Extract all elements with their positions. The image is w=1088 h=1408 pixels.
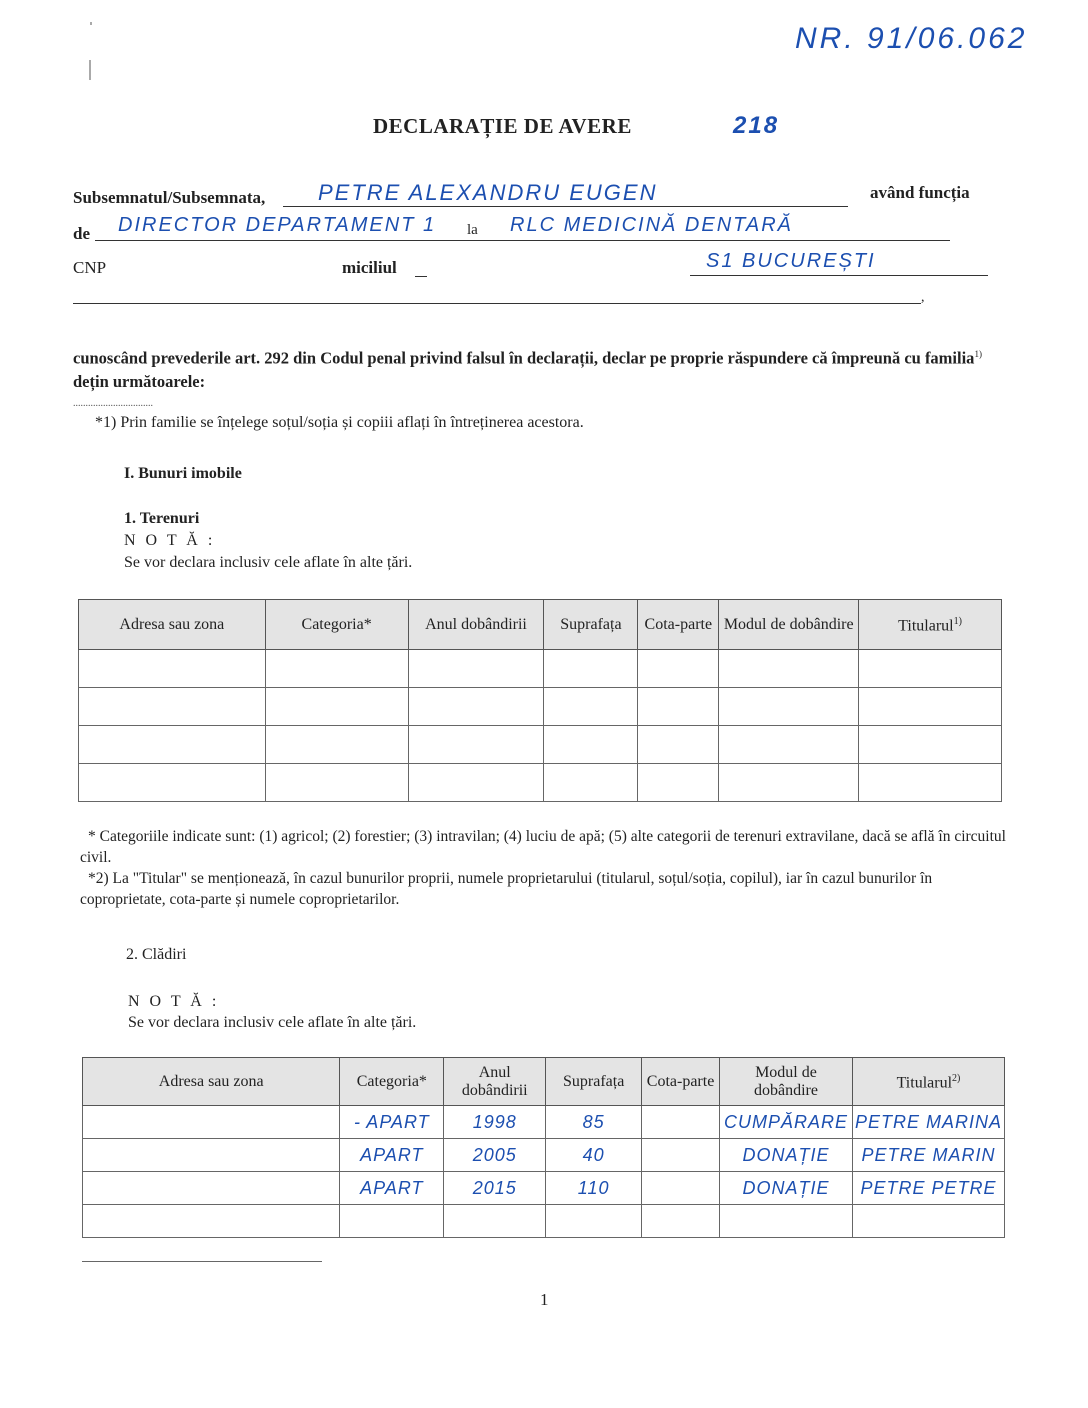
category-note: * Categoriile indicate sunt: (1) agricol… <box>80 826 1010 868</box>
table-cell[interactable] <box>265 688 408 726</box>
col-header: Suprafața <box>544 600 638 650</box>
nota-text-1: Se vor declara inclusiv cele aflate în a… <box>124 554 412 572</box>
document-title: DECLARAȚIE DE AVERE <box>373 114 632 139</box>
footnote-1: *1) Prin familie se înțelege soțul/soția… <box>95 414 584 432</box>
table-cell[interactable]: 110 <box>546 1172 642 1205</box>
table-cell[interactable] <box>642 1139 720 1172</box>
comma-mark: , <box>921 290 925 306</box>
cladiri-table: Adresa sau zona Categoria* Anul dobândir… <box>82 1057 1005 1238</box>
table-row: - APART199885CUMPĂRAREPETRE MARINA <box>83 1106 1005 1139</box>
table-cell[interactable] <box>83 1172 340 1205</box>
table-cell[interactable] <box>544 650 638 688</box>
table-cell[interactable]: APART <box>340 1172 444 1205</box>
col-header: Adresa sau zona <box>83 1058 340 1106</box>
page-number: 1 <box>540 1290 549 1310</box>
function-field[interactable]: DIRECTOR DEPARTAMENT 1 <box>118 214 436 237</box>
table-cell[interactable] <box>408 764 544 802</box>
domiciliu-field-line <box>690 275 988 276</box>
table-cell[interactable] <box>408 726 544 764</box>
name-field-line <box>283 206 848 207</box>
terenuri-table: Adresa sau zona Categoria* Anul dobândir… <box>78 599 1002 802</box>
table-cell[interactable] <box>719 1205 852 1238</box>
table-cell[interactable]: DONAȚIE <box>719 1172 852 1205</box>
table-cell[interactable] <box>859 688 1002 726</box>
col-header: Modul de dobândire <box>719 600 859 650</box>
titular-sup: 2) <box>952 1073 960 1084</box>
table-cell[interactable] <box>859 764 1002 802</box>
table-cell[interactable] <box>719 726 859 764</box>
col-header: Anul dobândirii <box>408 600 544 650</box>
footnote-ref: 1) <box>974 349 982 359</box>
subsection-cladiri: 2. Clădiri <box>126 946 186 964</box>
table-cell[interactable]: CUMPĂRARE <box>719 1106 852 1139</box>
table-cell[interactable] <box>79 726 266 764</box>
table-row <box>79 688 1002 726</box>
table-cell[interactable] <box>638 688 719 726</box>
table-cell[interactable] <box>638 764 719 802</box>
col-header: Categoria* <box>265 600 408 650</box>
table-cell[interactable] <box>859 650 1002 688</box>
table-cell[interactable] <box>852 1205 1004 1238</box>
institution-field[interactable]: RLC MEDICINĂ DENTARĂ <box>510 214 793 237</box>
table-row <box>79 726 1002 764</box>
handwritten-title-number: 218 <box>733 112 779 140</box>
table-cell[interactable] <box>642 1172 720 1205</box>
table-cell[interactable]: DONAȚIE <box>719 1139 852 1172</box>
table-cell[interactable]: PETRE PETRE <box>852 1172 1004 1205</box>
table-cell[interactable] <box>719 688 859 726</box>
table-cell[interactable] <box>719 650 859 688</box>
nota-label-2: N O T Ă : <box>128 993 219 1011</box>
subsection-terenuri: 1. Terenuri <box>124 510 199 528</box>
table-cell[interactable]: PETRE MARINA <box>852 1106 1004 1139</box>
table-cell[interactable] <box>408 650 544 688</box>
table-cell[interactable] <box>79 764 266 802</box>
table-cell[interactable] <box>408 688 544 726</box>
col-header: Suprafața <box>546 1058 642 1106</box>
nota-label-1: N O T Ă : <box>124 532 215 550</box>
table-cell[interactable]: APART <box>340 1139 444 1172</box>
table-cell[interactable] <box>340 1205 444 1238</box>
domiciliu-field[interactable]: S1 BUCUREȘTI <box>706 250 876 273</box>
domiciliu-short-line <box>415 276 427 277</box>
table-cell[interactable] <box>83 1139 340 1172</box>
titular-note: *2) La "Titular" se menționează, în cazu… <box>80 868 1010 910</box>
table-cell[interactable] <box>546 1205 642 1238</box>
function-field-line <box>95 240 950 241</box>
titular-label: Titularul <box>898 618 953 635</box>
table-cell[interactable]: 2005 <box>444 1139 546 1172</box>
de-label: de <box>73 224 90 244</box>
table-row <box>83 1205 1005 1238</box>
address-continuation-line <box>73 303 921 304</box>
col-header-titular: Titularul1) <box>859 600 1002 650</box>
name-label: Subsemnatul/Subsemnata, <box>73 188 265 208</box>
declaration-paragraph: cunoscând prevederile art. 292 din Codul… <box>73 343 983 393</box>
function-label: având funcția <box>870 183 970 203</box>
table-cell[interactable] <box>265 650 408 688</box>
table-cell[interactable] <box>642 1106 720 1139</box>
col-header-titular: Titularul2) <box>852 1058 1004 1106</box>
table-cell[interactable] <box>79 650 266 688</box>
table-cell[interactable] <box>444 1205 546 1238</box>
footnote-separator: ................................ <box>73 398 153 409</box>
registration-number: NR. 91/06.062 <box>795 22 1027 56</box>
declaration-text-end: dețin următoarele: <box>73 372 205 391</box>
table-cell[interactable] <box>544 764 638 802</box>
table-cell[interactable] <box>83 1205 340 1238</box>
name-field[interactable]: PETRE ALEXANDRU EUGEN <box>318 180 657 206</box>
category-notes: * Categoriile indicate sunt: (1) agricol… <box>80 826 1010 910</box>
table-cell[interactable] <box>638 726 719 764</box>
col-header: Adresa sau zona <box>79 600 266 650</box>
table-cell[interactable]: 2015 <box>444 1172 546 1205</box>
nota-text-2: Se vor declara inclusiv cele aflate în a… <box>128 1014 416 1032</box>
table-cell[interactable] <box>642 1205 720 1238</box>
table-cell[interactable]: 40 <box>546 1139 642 1172</box>
table-cell[interactable]: - APART <box>340 1106 444 1139</box>
col-header: Categoria* <box>340 1058 444 1106</box>
col-header: Modul de dobândire <box>719 1058 852 1106</box>
col-header: Cota-parte <box>642 1058 720 1106</box>
table-cell[interactable] <box>638 650 719 688</box>
table-cell[interactable]: 1998 <box>444 1106 546 1139</box>
scan-artifact <box>89 60 91 80</box>
titular-sup: 1) <box>954 616 962 627</box>
domiciliu-label: miciliul <box>342 258 397 278</box>
table-cell[interactable] <box>265 726 408 764</box>
table-row <box>79 764 1002 802</box>
table-row: APART200540DONAȚIEPETRE MARIN <box>83 1139 1005 1172</box>
cnp-label: CNP <box>73 258 106 278</box>
table-cell[interactable]: PETRE MARIN <box>852 1139 1004 1172</box>
col-header: Anul dobândirii <box>444 1058 546 1106</box>
table-cell[interactable] <box>544 726 638 764</box>
table-cell[interactable] <box>859 726 1002 764</box>
section-title-bunuri-imobile: I. Bunuri imobile <box>124 465 242 483</box>
table-cell[interactable] <box>83 1106 340 1139</box>
table-cell[interactable]: 85 <box>546 1106 642 1139</box>
col-header: Cota-parte <box>638 600 719 650</box>
la-label: la <box>467 222 478 239</box>
titular-label: Titularul <box>897 1075 952 1092</box>
scan-artifact <box>90 22 92 25</box>
table-cell[interactable] <box>265 764 408 802</box>
declaration-text: cunoscând prevederile art. 292 din Codul… <box>73 349 974 368</box>
footnote-rule <box>82 1261 322 1262</box>
table-cell[interactable] <box>544 688 638 726</box>
table-row: APART2015110DONAȚIEPETRE PETRE <box>83 1172 1005 1205</box>
table-cell[interactable] <box>719 764 859 802</box>
table-cell[interactable] <box>79 688 266 726</box>
table-row <box>79 650 1002 688</box>
